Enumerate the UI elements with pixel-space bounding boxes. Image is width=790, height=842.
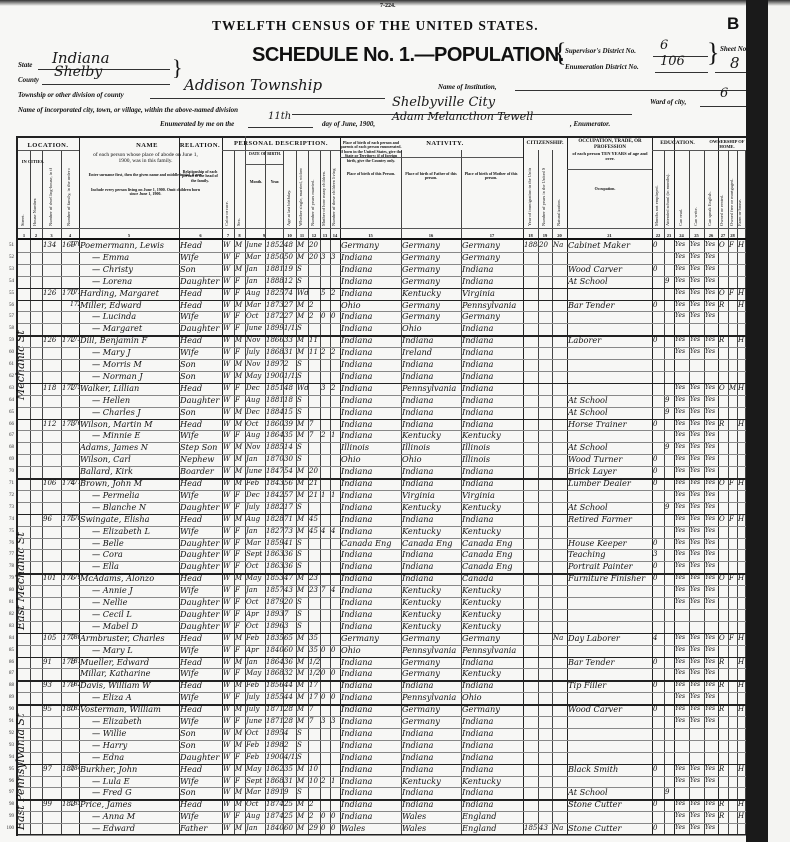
cell-ym: 7 xyxy=(309,714,320,728)
township-value: Addison Township xyxy=(184,76,322,94)
cell-family-secondary: 177 xyxy=(70,476,80,490)
line-number: 62 xyxy=(2,374,14,379)
cell-mo: 4 xyxy=(321,524,330,538)
scan-border xyxy=(746,0,768,842)
line-number: 58 xyxy=(2,326,14,331)
header-month: Month. xyxy=(246,180,266,184)
enumerator-name: Adam Melancthon Tewell xyxy=(392,110,533,123)
cell-mo: 2 xyxy=(321,428,330,442)
header-occupation-sub: Occupation. xyxy=(570,187,640,191)
cell-ym: 21 xyxy=(309,488,320,502)
cell-dwelling: 105 xyxy=(43,631,61,645)
sheet-value: 8 xyxy=(730,54,740,72)
enumerated-suffix: day of June, 1900, xyxy=(322,120,375,128)
cell-yus: 20 xyxy=(539,238,552,252)
cell-own: R xyxy=(719,678,728,692)
line-number: 79 xyxy=(2,576,14,581)
cell-farm: H xyxy=(738,238,745,252)
cell-own: R xyxy=(719,298,728,312)
cell-unemp: 0 xyxy=(653,238,664,252)
cell-family-secondary: 180 xyxy=(70,631,80,645)
cell-own: R xyxy=(719,655,728,669)
cell-read: Yes xyxy=(675,714,689,728)
header-relation-desc: Relationship of each person to the head … xyxy=(180,170,220,183)
header-birth-father: Place of birth of Father of this person. xyxy=(402,172,460,181)
header-location: LOCATION. xyxy=(18,142,78,149)
personal-divider xyxy=(222,150,340,151)
vertical-label-can-write: Can write. xyxy=(694,168,699,226)
cell-father: Wales xyxy=(402,821,461,835)
column-number: 14 xyxy=(330,233,340,238)
cell-dwelling: 97 xyxy=(43,762,61,776)
line-number: 66 xyxy=(2,422,14,427)
line-number: 81 xyxy=(2,600,14,605)
cell-cl: 0 xyxy=(331,821,340,835)
cell-sch: 9 xyxy=(665,500,674,514)
cell-dwelling: 126 xyxy=(43,333,61,347)
township-label: Township or other division of county xyxy=(18,91,124,99)
cell-birth: Wales xyxy=(341,821,401,835)
vertical-label-children-living: Number of these children living. xyxy=(332,168,337,226)
city-value: Shelbyville City xyxy=(392,95,495,110)
cell-name: — Edward xyxy=(80,821,191,835)
line-number: 59 xyxy=(2,338,14,343)
line-number: 78 xyxy=(2,564,14,569)
enumerated-label: Enumerated by me on the xyxy=(160,120,234,128)
cell-mo: 1 xyxy=(321,488,330,502)
line-number: 65 xyxy=(2,410,14,415)
sheet-label: Sheet No. xyxy=(720,45,748,53)
city-label: Name of incorporated city, town, or vill… xyxy=(18,106,238,114)
cell-ym: 10 xyxy=(309,774,320,788)
header-nativity-desc: Place of birth of each person and parent… xyxy=(340,141,402,163)
line-number: 69 xyxy=(2,457,14,462)
cell-farm: H xyxy=(738,381,745,395)
vertical-label-speak-english: Can speak English. xyxy=(708,168,713,226)
cell-family-secondary: 184 xyxy=(70,762,80,776)
line-number: 64 xyxy=(2,398,14,403)
cell-mo: 7 xyxy=(321,583,330,597)
cell-eng: Yes xyxy=(705,774,718,788)
cell-cl: 0 xyxy=(331,690,340,704)
cell-cl: 0 xyxy=(331,643,340,657)
cell-eng: Yes xyxy=(705,345,718,359)
cell-read: Yes xyxy=(675,595,689,609)
cell-occ: Wood Carver xyxy=(568,702,652,716)
education-divider xyxy=(652,150,753,151)
cell-sch: 9 xyxy=(665,440,674,454)
cell-unemp: 0 xyxy=(653,476,664,490)
cell-mo: 5 xyxy=(321,286,330,300)
cell-occ: Stone Cutter xyxy=(568,797,652,811)
cell-occ: Stone Cutter xyxy=(568,821,652,835)
cell-sch: 9 xyxy=(665,405,674,419)
cell-unemp: 0 xyxy=(653,702,664,716)
cell-family-secondary: 183 xyxy=(70,702,80,716)
cell-unemp: 0 xyxy=(653,298,664,312)
cell-family-secondary: 185 xyxy=(70,797,80,811)
line-number: 84 xyxy=(2,636,14,641)
location-divider xyxy=(18,150,79,151)
line-number: 97 xyxy=(2,790,14,795)
header-occupation-desc: of each person TEN YEARS of age and over… xyxy=(570,152,650,162)
cell-family-secondary: 176 xyxy=(70,417,80,431)
line-number: 88 xyxy=(2,683,14,688)
vertical-label-sex: Sex. xyxy=(237,168,242,226)
header-personal: PERSONAL DESCRIPTION. xyxy=(222,140,340,147)
line-number: 89 xyxy=(2,695,14,700)
cell-family-secondary: 170 xyxy=(70,238,80,252)
cell-age: 60 xyxy=(284,821,296,835)
cell-occ: Lumber Dealer xyxy=(568,476,652,490)
cell-mo: 3 xyxy=(321,250,330,264)
line-number: 67 xyxy=(2,433,14,438)
cell-write: Yes xyxy=(690,714,704,728)
line-number: 86 xyxy=(2,660,14,665)
cell-imm: 1880 xyxy=(524,238,538,252)
line-number: 76 xyxy=(2,541,14,546)
cell-rel: Father xyxy=(180,821,222,835)
header-year: Year. xyxy=(265,180,285,184)
cell-write: Yes xyxy=(690,309,704,323)
cell-read: Yes xyxy=(675,821,689,835)
cell-eng: Yes xyxy=(705,309,718,323)
enumeration-value: 106 xyxy=(660,54,685,69)
row-divider xyxy=(18,835,753,836)
cell-occ: Bar Tender xyxy=(568,655,652,669)
header-ownership: OWNERSHIP OF HOME. xyxy=(703,140,751,150)
cell-farm: H xyxy=(738,762,745,776)
cell-read: Yes xyxy=(675,345,689,359)
cell-mo: 0 xyxy=(321,666,330,680)
header-birth-mother: Place of birth of Mother of this person. xyxy=(462,172,520,181)
cell-year: 1840 xyxy=(266,821,283,835)
header-nativity: NATIVITY. xyxy=(405,140,485,147)
cell-cl: 4 xyxy=(331,583,340,597)
header-education: EDUCATION. xyxy=(655,140,700,146)
column-number: 1 xyxy=(18,233,30,238)
cell-cl: 1 xyxy=(331,428,340,442)
line-number: 68 xyxy=(2,445,14,450)
cell-own: O xyxy=(719,381,728,395)
cell-dwelling: 95 xyxy=(43,702,61,716)
cell-family-secondary: 178 xyxy=(70,512,80,526)
enumeration-label: Enumeration District No. xyxy=(565,63,639,71)
street-name-label: East Mechanic St xyxy=(14,500,27,630)
cell-occ: Furniture Finisher xyxy=(568,571,652,585)
cell-family-secondary: 172 xyxy=(70,298,80,312)
cell-eng: Yes xyxy=(705,821,718,835)
vertical-label-color: Color or race. xyxy=(225,168,230,226)
census-title: TWELFTH CENSUS OF THE UNITED STATES. xyxy=(212,18,539,34)
cell-ym: 2 xyxy=(309,309,320,323)
line-number: 74 xyxy=(2,517,14,522)
cell-dwelling: 126 xyxy=(43,286,61,300)
column-number: 23 xyxy=(664,233,674,238)
cell-unemp: 0 xyxy=(653,262,664,276)
cell-occ: Retired Farmer xyxy=(568,512,652,526)
institution-label: Name of Institution, xyxy=(438,83,497,91)
enumerated-day: 11th xyxy=(268,111,291,122)
line-number: 57 xyxy=(2,314,14,319)
cell-cl: 3 xyxy=(331,714,340,728)
vertical-label-mother-of: Mother of how many children. xyxy=(322,168,327,226)
schedule-letter: B xyxy=(727,14,739,34)
line-number: 98 xyxy=(2,802,14,807)
line-number: 73 xyxy=(2,505,14,510)
cell-mo: 2 xyxy=(321,345,330,359)
cell-own: O xyxy=(719,238,728,252)
vertical-label-years-in-us: Number of years in the United States. xyxy=(542,168,547,226)
line-number: 54 xyxy=(2,279,14,284)
cell-occ: Bar Tender xyxy=(568,298,652,312)
vertical-label-owned-rented: Owned or rented. xyxy=(720,168,725,226)
cell-own: O xyxy=(719,476,728,490)
cell-sch: 9 xyxy=(665,274,674,288)
cell-occ: Black Smith xyxy=(568,762,652,776)
cell-farm: H xyxy=(738,417,745,431)
county-value: Shelby xyxy=(54,64,102,80)
cell-eng: Yes xyxy=(705,714,718,728)
vertical-label-street: Street. xyxy=(21,168,26,226)
cell-mo: 3 xyxy=(321,714,330,728)
occupation-divider xyxy=(567,169,652,170)
header-relation: RELATION. xyxy=(178,142,222,149)
line-number: 100 xyxy=(2,826,14,831)
cell-mo: 3 xyxy=(321,381,330,395)
cell-unemp: 0 xyxy=(653,678,664,692)
cell-unemp: 4 xyxy=(653,631,664,645)
cell-own: O xyxy=(719,512,728,526)
cell-unemp: 0 xyxy=(653,797,664,811)
cell-yus: 43 xyxy=(539,821,552,835)
line-number: 82 xyxy=(2,612,14,617)
cell-own: O xyxy=(719,571,728,585)
vertical-label-years-married: Number of years married. xyxy=(311,168,316,226)
cell-mo: 0 xyxy=(321,309,330,323)
cell-ym: 7 xyxy=(309,428,320,442)
line-number: 52 xyxy=(2,255,14,260)
cell-dwelling: 91 xyxy=(43,655,61,669)
cell-own: R xyxy=(719,333,728,347)
cell-cl: 1 xyxy=(331,774,340,788)
enumerator-label: , Enumerator. xyxy=(570,120,610,128)
vertical-label-year-immigration: Year of immigration to the United States… xyxy=(528,168,533,226)
header-in-cities: IN CITIES. xyxy=(18,160,48,165)
cell-unemp: 0 xyxy=(653,571,664,585)
cell-write: Yes xyxy=(690,595,704,609)
cell-free: F xyxy=(729,238,737,252)
cell-occ: Day Laborer xyxy=(568,631,652,645)
cell-ym: 11 xyxy=(309,345,320,359)
cell-farm: H xyxy=(738,512,745,526)
cell-eng: Yes xyxy=(705,595,718,609)
line-number: 87 xyxy=(2,671,14,676)
cell-occ: Horse Trainer xyxy=(568,417,652,431)
vertical-label-naturalization: Naturalization. xyxy=(557,168,562,226)
cell-cl: 2 xyxy=(331,381,340,395)
cell-imm: 1857 xyxy=(524,821,538,835)
vertical-label-farm-house: Farm or house. xyxy=(738,168,743,226)
cell-own: R xyxy=(719,417,728,431)
cell-dwelling: 112 xyxy=(43,417,61,431)
header-name-desc: of each person whose place of abode on J… xyxy=(88,152,203,164)
cell-farm: H xyxy=(738,571,745,585)
line-number: 53 xyxy=(2,267,14,272)
cell-cl: 3 xyxy=(331,250,340,264)
cell-unemp: 0 xyxy=(653,655,664,669)
line-number: 61 xyxy=(2,362,14,367)
cell-sch: 9 xyxy=(665,785,674,799)
cell-cl: 4 xyxy=(331,524,340,538)
header-birth-person: Place of birth of this Person. xyxy=(342,172,400,176)
line-number: 83 xyxy=(2,624,14,629)
cell-occ: At School xyxy=(568,274,652,288)
census-page: 7-224. TWELFTH CENSUS OF THE UNITED STAT… xyxy=(0,0,768,842)
cell-dwelling: 96 xyxy=(43,512,61,526)
vertical-label-dwelling-no: Number of dwelling-house, in the order o… xyxy=(49,168,54,226)
line-number: 70 xyxy=(2,469,14,474)
line-number: 90 xyxy=(2,707,14,712)
cell-dwelling: 134 xyxy=(43,238,61,252)
cell-nat: Na xyxy=(553,821,567,835)
line-number: 56 xyxy=(2,303,14,308)
line-number: 71 xyxy=(2,481,14,486)
cell-cl: 2 xyxy=(331,345,340,359)
vertical-label-house-number: House Number. xyxy=(33,168,38,226)
line-number: 85 xyxy=(2,648,14,653)
cell-marital: M xyxy=(297,821,308,835)
line-number: 99 xyxy=(2,814,14,819)
cell-unemp: 0 xyxy=(653,762,664,776)
cell-free: F xyxy=(729,571,737,585)
line-number: 63 xyxy=(2,386,14,391)
header-dob: DATE OF BIRTH. xyxy=(246,152,284,156)
cell-unemp: 0 xyxy=(653,821,664,835)
cell-unemp: 0 xyxy=(653,417,664,431)
cell-color: W xyxy=(223,821,234,835)
vertical-label-can-read: Can read. xyxy=(679,168,684,226)
vertical-label-months-unemployed: Months not employed. xyxy=(655,168,660,226)
column-number: 2 xyxy=(30,233,42,238)
line-number: 92 xyxy=(2,731,14,736)
header-name-note2: Include every person living on June 1, 1… xyxy=(88,188,203,197)
cell-farm: H xyxy=(738,678,745,692)
cell-own: O xyxy=(719,631,728,645)
cell-dwelling: 93 xyxy=(43,678,61,692)
cell-farm: H xyxy=(738,631,745,645)
cell-sex: M xyxy=(235,821,245,835)
line-number: 75 xyxy=(2,529,14,534)
brace-icon: } xyxy=(707,40,719,66)
line-number: 93 xyxy=(2,743,14,748)
cell-dwelling: 106 xyxy=(43,476,61,490)
cell-write: Yes xyxy=(690,345,704,359)
cell-ym: 23 xyxy=(309,583,320,597)
cell-month: Jan xyxy=(246,821,265,835)
state-label: State xyxy=(18,61,32,69)
cell-cl: 2 xyxy=(331,286,340,300)
line-number: 91 xyxy=(2,719,14,724)
cell-farm: H xyxy=(738,476,745,490)
cell-read: Yes xyxy=(675,774,689,788)
header-citizenship: CITIZENSHIP. xyxy=(522,140,568,146)
cell-mo: 0 xyxy=(321,690,330,704)
line-number: 72 xyxy=(2,493,14,498)
vertical-label-attended-school: Attended school (in months). xyxy=(666,168,671,226)
cell-own: R xyxy=(719,702,728,716)
cell-occ: Cabinet Maker xyxy=(568,238,652,252)
column-number: 13 xyxy=(320,233,330,238)
cell-free: F xyxy=(729,512,737,526)
schedule-title: SCHEDULE No. 1.—POPULATION. xyxy=(252,44,564,67)
ward-label: Ward of city, xyxy=(650,98,686,106)
cell-mo: 0 xyxy=(321,643,330,657)
cell-mother: England xyxy=(462,821,523,835)
cell-family-secondary: 173 xyxy=(70,333,80,347)
cell-free: F xyxy=(729,286,737,300)
header-occupation: OCCUPATION, TRADE, OR PROFESSION xyxy=(570,139,650,150)
line-number: 51 xyxy=(2,243,14,248)
cell-read: Yes xyxy=(675,309,689,323)
cell-nat: Na xyxy=(553,238,567,252)
ward-value: 6 xyxy=(720,86,728,101)
header-divider xyxy=(18,228,753,229)
cell-mo: 2 xyxy=(321,774,330,788)
brace-icon: } xyxy=(172,57,183,79)
cell-free: M xyxy=(729,381,737,395)
cell-farm: H xyxy=(738,702,745,716)
cell-own: R xyxy=(719,809,728,823)
cell-ym: 29 xyxy=(309,821,320,835)
cell-family-secondary: 181 xyxy=(70,655,80,669)
cell-unemp: 0 xyxy=(653,333,664,347)
cell-write: Yes xyxy=(690,774,704,788)
cell-cl: 0 xyxy=(331,309,340,323)
dob-divider xyxy=(245,164,283,165)
line-number: 96 xyxy=(2,779,14,784)
line-number: 55 xyxy=(2,291,14,296)
vertical-label-family-no: Number of family, in the order of visita… xyxy=(67,168,72,226)
vertical-label-marital: Whether single, married, widowed, or div… xyxy=(299,168,304,226)
cell-family-secondary: 179 xyxy=(70,571,80,585)
supervisor-value: 6 xyxy=(660,38,668,53)
cell-farm: H xyxy=(738,655,745,669)
cell-ym: 45 xyxy=(309,524,320,538)
cell-write: Yes xyxy=(690,821,704,835)
line-number: 60 xyxy=(2,350,14,355)
cell-mo: 0 xyxy=(321,821,330,835)
cell-dwelling: 118 xyxy=(43,381,61,395)
cell-cl: 0 xyxy=(331,666,340,680)
cell-dwelling: 99 xyxy=(43,797,61,811)
cell-occ: Tip Filler xyxy=(568,678,652,692)
cell-free: F xyxy=(729,476,737,490)
line-number: 80 xyxy=(2,588,14,593)
cell-dwelling: 101 xyxy=(43,571,61,585)
cell-farm: H xyxy=(738,809,745,823)
cell-farm: H xyxy=(738,298,745,312)
form-number: 7-224. xyxy=(380,3,396,9)
cell-nat: Na xyxy=(553,631,567,645)
cell-occ: Laborer xyxy=(568,333,652,347)
cell-cl: 1 xyxy=(331,488,340,502)
cell-farm: H xyxy=(738,333,745,347)
vertical-label-age: Age at last birthday. xyxy=(287,168,292,226)
line-number: 95 xyxy=(2,767,14,772)
cell-family-secondary: 175 xyxy=(70,381,80,395)
county-label: County xyxy=(18,76,39,84)
